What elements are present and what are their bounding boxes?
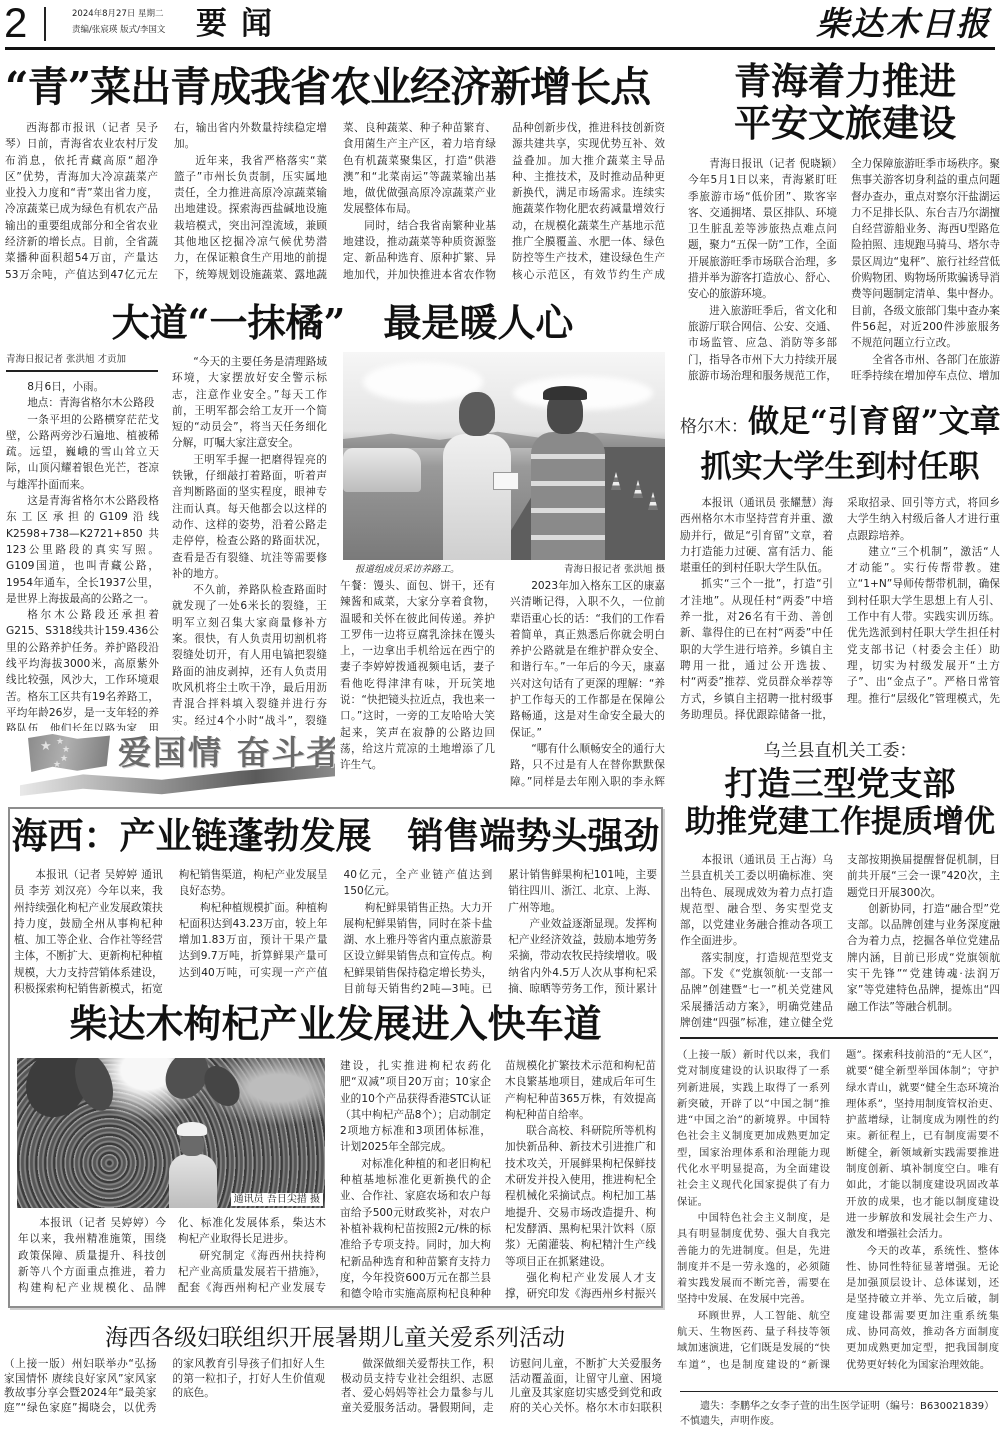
paragraph: 午餐：馒头、面包、饼干，还有辣酱和咸菜，大家分享着食物，温暖和关怀在彼此间传递。… xyxy=(340,578,495,774)
photo-person-face xyxy=(180,1134,204,1156)
photo-person-roadworker xyxy=(531,432,605,560)
patriotism-banner: ★ ★ ★ ★ ★ 爱国情 奋斗者 xyxy=(20,730,335,798)
headline-kicker-wulan: 乌兰县直机关工委： xyxy=(680,740,1000,762)
goji-harvest-photo: 通讯员 吾日尖措 摄 xyxy=(17,1058,325,1208)
article-column-road-2: “今天的主要任务是清理路域环境，大家摆放好安全警示标志，注意作业安全。”每天工作… xyxy=(172,354,327,731)
photo-person-reporter xyxy=(443,434,511,560)
photo-credit: 通讯员 吾日尖措 摄 xyxy=(231,1193,323,1206)
headline-womens-federation: 海西各级妇联组织开展暑期儿童关爱系列活动 xyxy=(5,1322,665,1354)
headline-kicker: 格尔木： xyxy=(680,417,748,437)
section-rule xyxy=(680,1391,998,1392)
paragraph: 中国特色社会主义制度，是具有明显制度优势、强大自我完善能力的先进制度。但是，先进… xyxy=(677,1210,830,1308)
star-icon: ★ xyxy=(40,742,52,751)
goji-feature-box: 海西：产业链蓬勃发展 销售端势头强劲 本报讯（记者 吴婷婷 通讯员 李芳 刘汉亮… xyxy=(8,807,663,1308)
article-body-goji-sales: 本报讯（记者 吴婷婷 通讯员 李芳 刘汉亮）今年以来，我州持续强化枸杞产业发展政… xyxy=(14,867,657,1001)
paragraph: 做深做细关爱帮扶工作，积极动员支持专业社会组织、志愿者、爱心妈妈等社会力量参与儿… xyxy=(341,1357,662,1429)
paragraph: （上接一版）新时代以来，我们党对制度建设的认识取得了一系列新进展，实践上取得了一… xyxy=(677,1047,830,1210)
commentary-body: （上接一版）新时代以来，我们党对制度建设的认识取得了一系列新进展，实践上取得了一… xyxy=(677,1047,999,1387)
headline-line: 青海着力推进 xyxy=(690,60,1000,102)
header-divider xyxy=(44,7,46,41)
photo-car xyxy=(343,448,421,492)
byline-rule xyxy=(6,370,158,372)
lost-notice: 遗失：李鹏华之女李子萱的出生医学证明（编号：B630021839）不慎遗失，声明… xyxy=(680,1399,998,1429)
headline-main: 做足“引育留”文章 xyxy=(748,404,1000,440)
paragraph: 王明军手握一把磨得锃亮的铁锹，仔细敲打着路面，听着声音判断路面的坚实程度，眼神专… xyxy=(172,452,327,582)
paragraph: 本报讯（通讯员 张耀慧）海西州格尔木市坚持营育并重、激励并行，做足“引育留”文章… xyxy=(680,495,833,576)
paragraph: 一条平坦的公路横穿茫茫戈壁，公路两旁沙石遍地、植被稀疏。远望，巍峨的雪山耸立天际… xyxy=(6,412,159,493)
article-column-road-1: 8月6日，小雨。地点：青海省格尔木公路段一条平坦的公路横穿茫茫戈壁，公路两旁沙石… xyxy=(6,379,159,731)
headline-vegetables: “青”菜出青成我省农业经济新增长点 xyxy=(5,58,670,116)
headline-line: 格尔木：做足“引育留”文章 xyxy=(680,402,1000,447)
photo-caption: 报道组成员采访养路工。 青海日报记者 张洪旭 摄 xyxy=(345,563,665,576)
paragraph: 格尔木公路段还承担着G215、S318线共计159.436公里的公路养护任务。养… xyxy=(6,607,159,731)
paragraph: 本报讯（通讯员 王占海）乌兰县直机关工委以明确标准、突出特色、展现成效为着力点打… xyxy=(680,852,833,950)
issue-date: 2024年8月27日 星期二 xyxy=(72,9,164,20)
paragraph: 建设，扎实推进枸杞农药化肥“双减”项目20万亩；10家企业的10个产品获得香港S… xyxy=(340,1058,491,1156)
newspaper-logo: 柴达木日报 xyxy=(816,2,991,46)
newspaper-page: 2 2024年8月27日 星期二 责编/张宸瑛 版式/李国文 要闻 柴达木日报 … xyxy=(0,0,1000,1433)
paragraph: 地点：青海省格尔木公路段 xyxy=(6,395,159,411)
section-rule xyxy=(680,1037,998,1039)
header-rule xyxy=(5,47,995,50)
caption-text: 报道组成员采访养路工。 xyxy=(345,563,460,576)
commentary-paragraphs: （上接一版）新时代以来，我们党对制度建设的认识取得了一系列新进展，实践上取得了一… xyxy=(677,1047,999,1387)
headline-line: 打造三型党支部 xyxy=(680,764,1000,803)
article-body-tourism: 青海日报讯（记者 倪晓颖）今年5月1日以来，青海紧盯旺季旅游市场“低价团”、欺客… xyxy=(688,156,1000,392)
paragraph: “今天的主要任务是清理路域环境，大家摆放好安全警示标志，注意作业安全。”每天工作… xyxy=(172,354,327,452)
star-icon: ★ xyxy=(53,761,61,770)
article-body-womens-federation: （上接一版）州妇联举办“弘扬家国情怀 赓续良好家风”家风家教故事分享会暨2024… xyxy=(4,1357,662,1429)
headline-line: 平安文旅建设 xyxy=(690,102,1000,144)
headline-line: 助推党建工作提质增优 xyxy=(680,803,1000,842)
headline-road-workers: 大道“一抹橘” 最是暖人心 xyxy=(5,296,680,350)
article-body-goji-industry-1: 本报讯（记者 吴婷婷）今年以来，我州精准施策，围绕政策保障、质量提升、科技创新等… xyxy=(18,1215,326,1305)
article-body-wulan: 本报讯（通讯员 王占海）乌兰县直机关工委以明确标准、突出特色、展现成效为着力点打… xyxy=(680,852,1000,1032)
headline-golmud: 格尔木：做足“引育留”文章 抓实大学生到村任职 xyxy=(680,402,1000,487)
banner-text: 爱国情 奋斗者 xyxy=(118,732,335,774)
photo-cap xyxy=(543,386,587,400)
section-title: 要闻 xyxy=(196,4,286,44)
paragraph: 2023年加入格东工区的康嘉兴清晰记得，入职不久，一位前辈语重心长的话：“我们的… xyxy=(510,578,665,741)
article-body-golmud: 本报讯（通讯员 张耀慧）海西州格尔木市坚持营育并重、激励并行，做足“引育留”文章… xyxy=(680,495,1000,731)
paragraph: 联合高校、科研院所等机构加快新品种、新技术引进推广和技术攻关，开展鲜果枸杞保鲜技… xyxy=(505,1123,656,1270)
headline-goji-sales: 海西：产业链蓬勃发展 销售端势头强劲 xyxy=(10,813,661,859)
article-body-vegetables: 西海都市报讯（记者 吴予琴）日前，青海省农业农村厅发布消息，依托青藏高原“超净区… xyxy=(5,120,665,296)
paragraph: 创新协同，打造“融合型”党支部。以品牌创建与业务深度融合为着力点，挖掘各单位党建… xyxy=(847,901,1000,1015)
photo-cap xyxy=(177,1122,207,1136)
photo-person-farmer xyxy=(169,1154,217,1208)
paragraph: 不久前，养路队检查路面时就发现了一处6米长的裂缝，王明军立刻召集大家商量修补方案… xyxy=(172,582,327,731)
paragraph: 今天的改革，系统性、整体性、协同性特征显著增强。无论是加强顶层设计、总体谋划，还… xyxy=(846,1243,999,1373)
paragraph: 青海日报讯（记者 倪晓颖）今年5月1日以来，青海紧盯旺季旅游市场“低价团”、欺客… xyxy=(688,156,837,303)
star-icon: ★ xyxy=(60,755,68,764)
paragraph: 这是青海省格尔木公路段格东工区承担的G109沿线K2598+738—K2721+… xyxy=(6,493,159,607)
paragraph: 8月6日，小雨。 xyxy=(6,379,159,395)
headline-wulan: 打造三型党支部 助推党建工作提质增优 xyxy=(680,764,1000,842)
article-body-road-continued: 午餐：馒头、面包、饼干，还有辣酱和咸菜，大家分享着食物，温暖和关怀在彼此间传递。… xyxy=(340,578,665,800)
byline: 青海日报记者 张洪旭 才贡加 xyxy=(6,354,126,366)
page-number: 2 xyxy=(4,0,27,46)
editor-credits: 责编/张宸瑛 版式/李国文 xyxy=(72,25,165,36)
photo-person-head xyxy=(459,392,495,436)
headline-line: 抓实大学生到村任职 xyxy=(680,447,1000,487)
headline-goji-industry: 柴达木枸杞产业发展进入快车道 xyxy=(10,999,661,1049)
headline-tourism: 青海着力推进 平安文旅建设 xyxy=(690,60,1000,144)
photo-notepad xyxy=(493,472,519,490)
photo-credit: 青海日报记者 张洪旭 摄 xyxy=(564,563,665,576)
paragraph: （上接一版）州妇联举办“弘扬家国情怀 赓续良好家风”家风家教故事分享会暨2024… xyxy=(4,1357,325,1429)
road-workers-photo xyxy=(343,352,665,560)
article-body-goji-industry-2: 建设，扎实推进枸杞农药化肥“双减”项目20万亩；10家企业的10个产品获得香港S… xyxy=(340,1058,656,1304)
